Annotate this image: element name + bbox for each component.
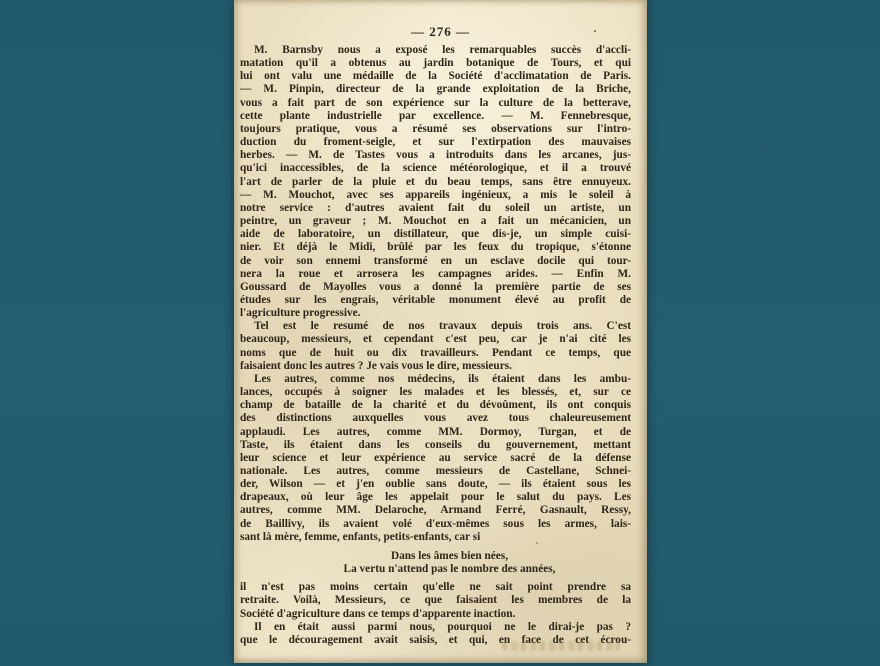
text-line: — M. Mouchot, avec ses appareils ingénie… [240,189,631,202]
paragraph: Les autres, comme nos médecins, ils étai… [240,373,631,544]
text-line: Goussard de Mayolles vous a donné la pre… [240,281,631,294]
text-line: — M. Pinpin, directeur de la grande expl… [240,83,631,96]
text-line: noms que de huit ou dix travailleurs. Pe… [240,347,631,360]
text-line: peintre, un graveur ; M. Mouchot en a fa… [240,215,631,228]
text-line: cette plante industrielle par excellence… [240,110,631,123]
verse-block: Dans les âmes bien nées,La vertu n'atten… [240,550,631,576]
text-line: applaudi. Les autres, comme MM. Dormoy, … [240,426,631,439]
text-line: notre service : d'autres avaient fait du… [240,202,631,215]
text-line: leur science et leur expérience au servi… [240,452,631,465]
text-line: duction du froment-seigle, et sur l'exti… [240,136,631,149]
text-line: nera la roue et arrosera les campagnes a… [240,268,631,281]
verse-line: La vertu n'attend pas le nombre des anné… [240,563,631,576]
paragraph: Tel est le resumé de nos travaux depuis … [240,320,631,373]
text-line: il n'est pas moins certain qu'elle ne sa… [240,581,631,594]
text-line: vous a fait part de son expérience sur l… [240,97,631,110]
page-text: M. Barnsby nous a exposé les remarquable… [240,44,631,647]
page-number: — 276 — [234,24,647,40]
text-line: Il en était aussi parmi nous, pourquoi n… [240,621,631,634]
text-line: matation qu'il a obtenus au jardin botan… [240,57,631,70]
text-line: Les autres, comme nos médecins, ils étai… [240,373,631,386]
text-line: aide de laboratoire, un distillateur, qu… [240,228,631,241]
text-line: de Baillivy, ils avaient volé d'eux-même… [240,518,631,531]
paragraph: il n'est pas moins certain qu'elle ne sa… [240,581,631,620]
text-line: drapeaux, où leur âge les appelait pour … [240,491,631,504]
text-line: sant là mère, femme, enfants, petits-enf… [240,531,631,544]
text-line: Taste, ils étaient dans les conseils du … [240,439,631,452]
text-line: études sur les engrais, véritable monume… [240,294,631,307]
text-line: lances, occupés à soigner les malades et… [240,386,631,399]
text-line: lui ont valu une médaille de la Société … [240,70,631,83]
text-line: autres, comme MM. Delaroche, Armand Ferr… [240,504,631,517]
text-line: herbes. — M. de Tastes vous a introduits… [240,149,631,162]
text-line: faisaient donc les autres ? Je vais vous… [240,360,631,373]
text-line: beaucoup, messieurs, et cependant c'est … [240,333,631,346]
text-line: de voir son ennemi transformé en un escl… [240,255,631,268]
text-line: nationale. Les autres, comme messieurs d… [240,465,631,478]
text-line: nier. Et déjà le Midi, brûlé par les feu… [240,241,631,254]
paper-speck [594,30,596,32]
text-line: l'art de parler de la pluie et du beau t… [240,176,631,189]
text-line: l'agriculture progressive. [240,307,631,320]
text-line: M. Barnsby nous a exposé les remarquable… [240,44,631,57]
text-line: Société d'agriculture dans ce temps d'ap… [240,608,631,621]
text-line: des distinctions auxquelles vous avez to… [240,412,631,425]
text-line: champ de bataille de la charité et du dé… [240,399,631,412]
show-through-smudge [502,641,620,651]
book-page: — 276 — M. Barnsby nous a exposé les rem… [234,0,647,663]
text-line: qu'ici inaccessibles, de la science mété… [240,162,631,175]
paragraph: M. Barnsby nous a exposé les remarquable… [240,44,631,320]
text-line: der, Wilson — et j'en oublie sans doute,… [240,478,631,491]
text-line: Tel est le resumé de nos travaux depuis … [240,320,631,333]
text-line: retraite. Voilà, Messieurs, ce que faisa… [240,594,631,607]
verse-line: Dans les âmes bien nées, [240,550,631,563]
text-line: toujours pratique, vous a résumé ses obs… [240,123,631,136]
